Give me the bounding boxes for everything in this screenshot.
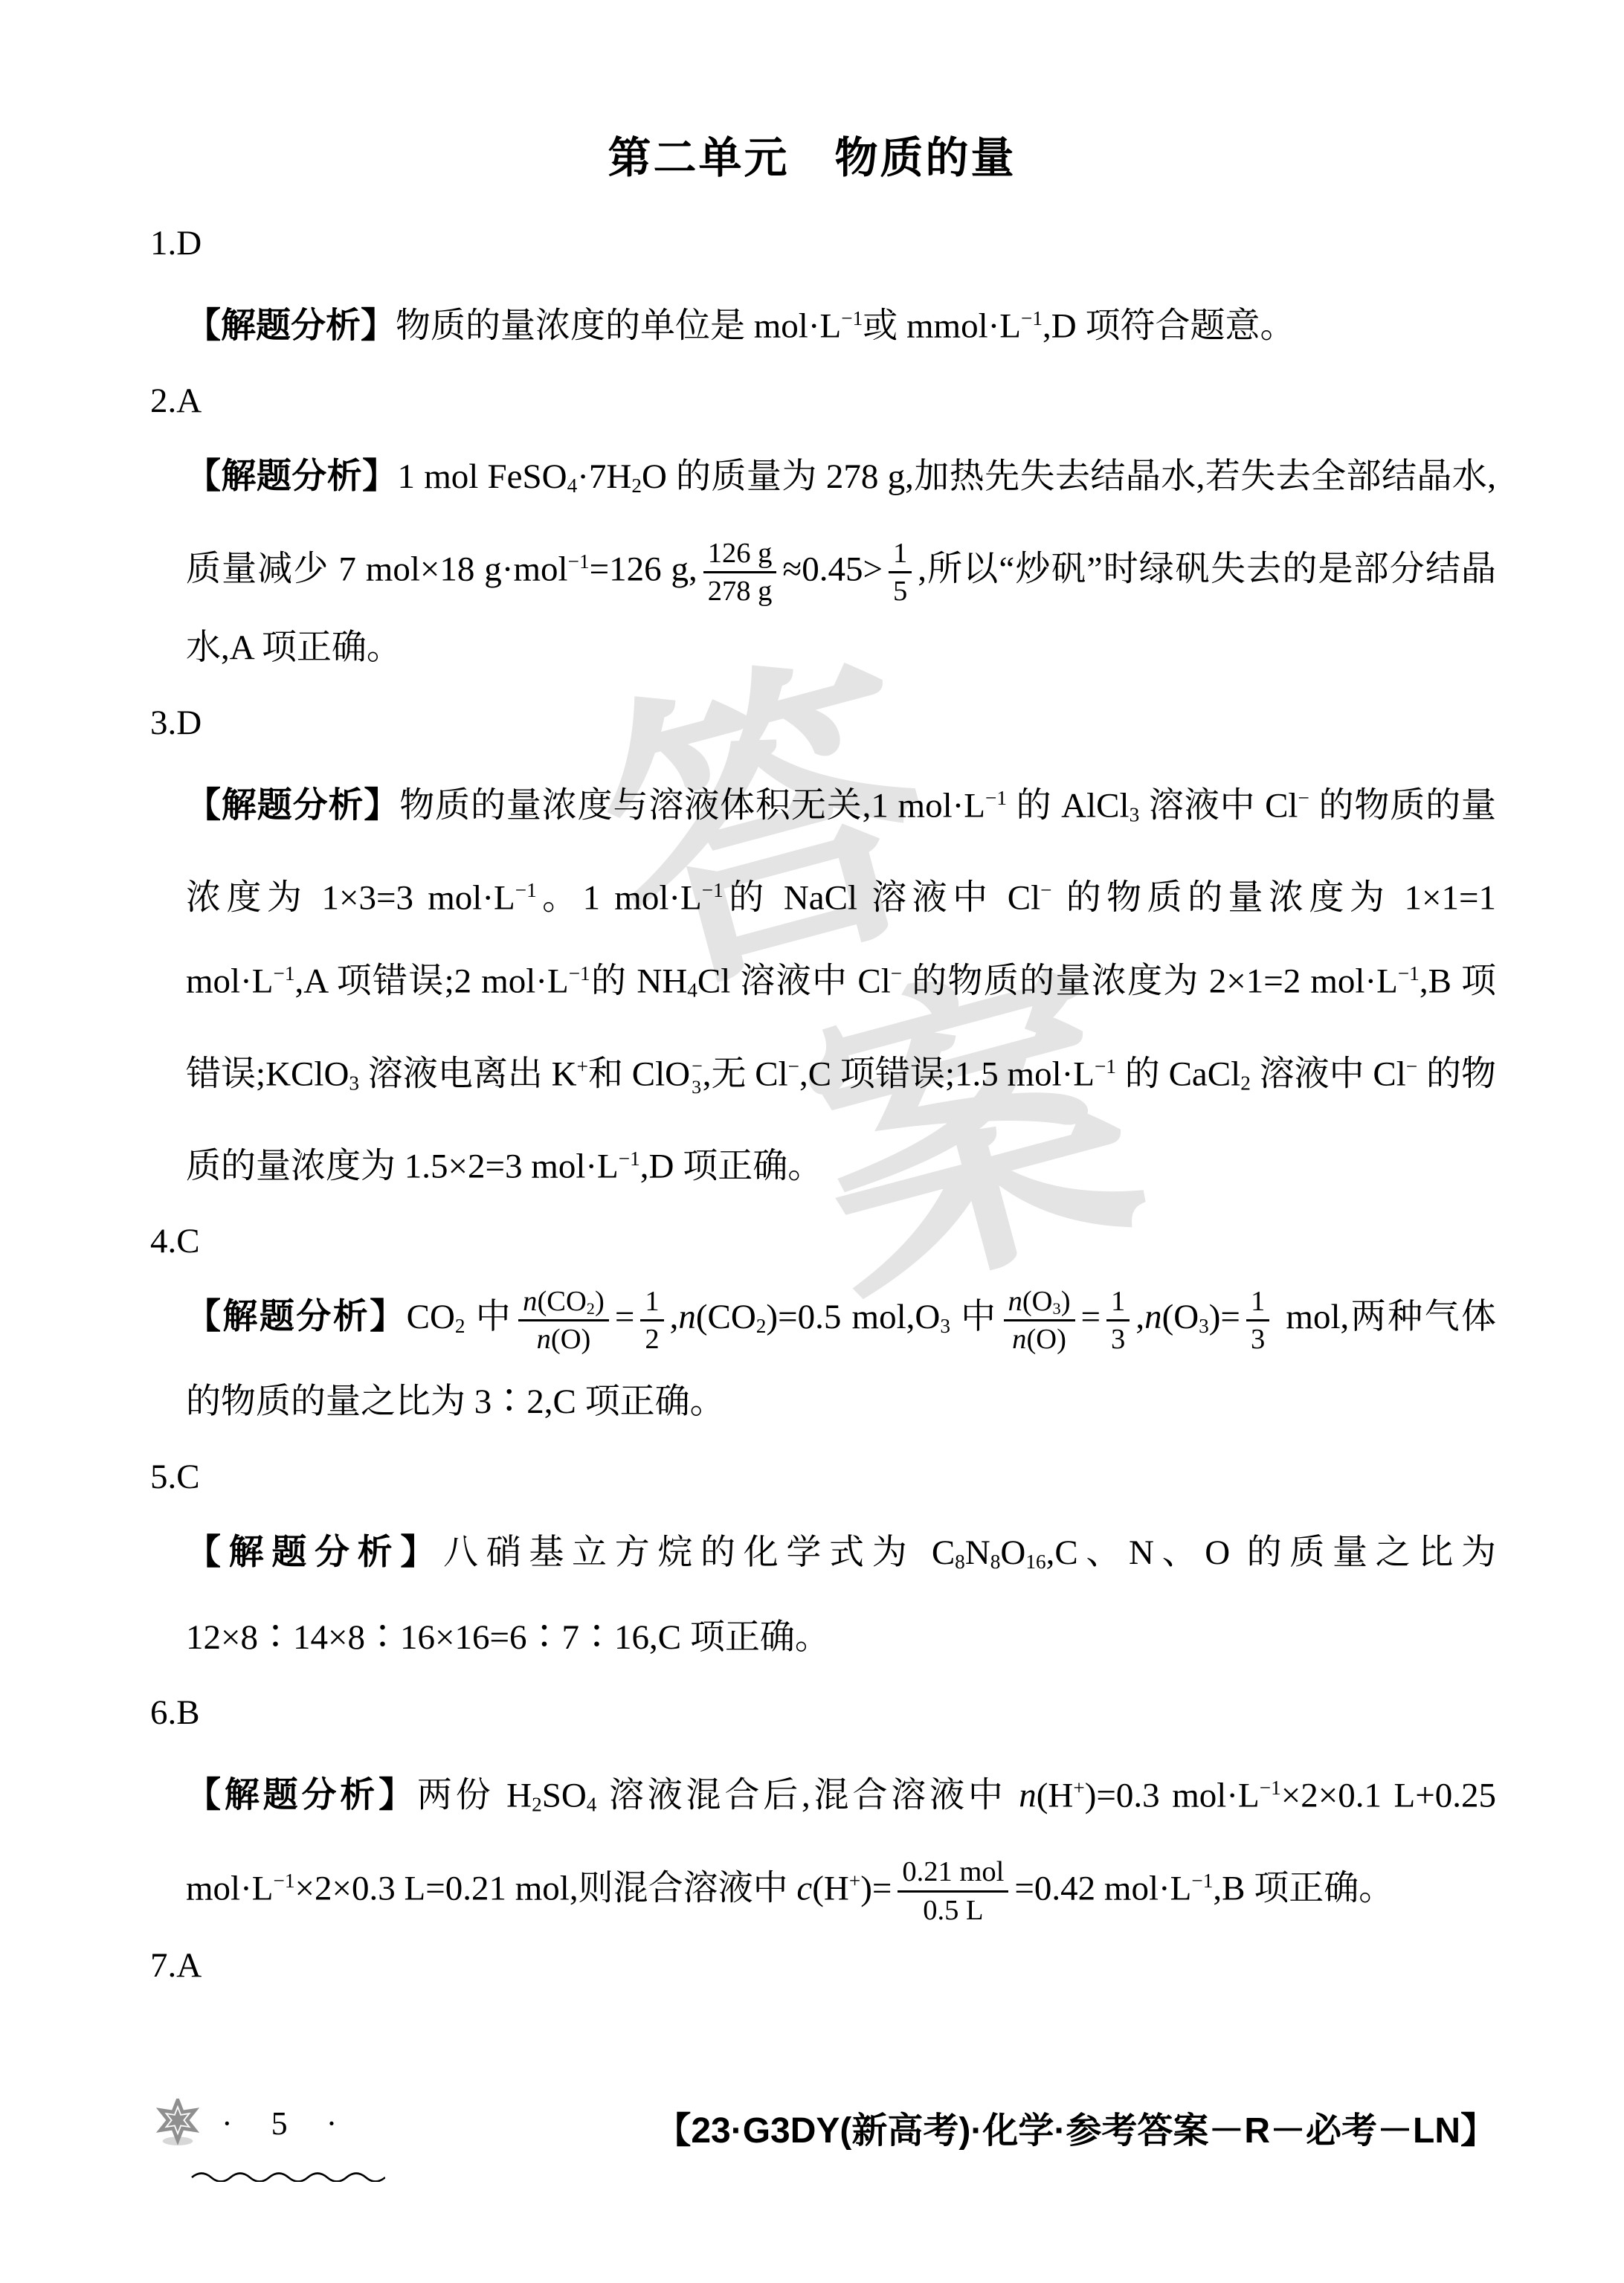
fraction-numerator: n(O3) <box>1004 1284 1075 1321</box>
text-segment: 物质的量浓度的单位是 mol·L <box>396 306 841 345</box>
text-segment: 物质的量浓度与溶液体积无关,1 mol·L <box>399 786 985 825</box>
superscript: + <box>849 1870 860 1892</box>
superscript: − <box>1406 1055 1417 1078</box>
answer-item: 4.C【解题分析】CO2 中n(CO2)n(O)=12,n(CO2)=0.5 m… <box>0 1204 1624 1440</box>
text-segment: 1 <box>1111 1286 1125 1317</box>
footer-edition-label: 【23·G3DY(新高考)·化学·参考答案－R－必考－LN】 <box>655 2102 1496 2153</box>
text-segment: = <box>1081 1298 1101 1336</box>
text-segment: 3 <box>1111 1324 1125 1355</box>
text-segment: 0.5 L <box>923 1895 983 1926</box>
subscript: 3 <box>940 1315 950 1337</box>
superscript: − <box>1298 787 1309 809</box>
content: 第二单元 物质的量 1.D【解题分析】物质的量浓度的单位是 mol·L−1或 m… <box>0 0 1624 2003</box>
page-number: · 5 · <box>222 2105 337 2142</box>
page-title: 第二单元 物质的量 <box>0 0 1624 185</box>
text-segment: 溶液中 Cl <box>1139 786 1298 825</box>
subscript: 2 <box>1240 1072 1251 1094</box>
text-segment: )= <box>1209 1298 1240 1336</box>
answer-number: 3.D <box>150 686 1624 760</box>
answer-number: 7.A <box>150 1928 1624 2003</box>
analysis-label: 【解题分析】 <box>186 456 398 495</box>
text-segment: )= <box>860 1869 892 1907</box>
text-segment: ≈0.45> <box>782 550 883 589</box>
analysis-paragraph: 【解题分析】物质的量浓度与溶液体积无关,1 mol·L−1 的 AlCl3 溶液… <box>186 760 1496 1205</box>
superscript: −1 <box>619 1147 640 1170</box>
text-segment: N <box>965 1533 990 1572</box>
superscript: −1 <box>985 787 1007 809</box>
wavy-line-decoration <box>190 2151 385 2190</box>
text-segment: ) <box>595 1286 605 1317</box>
text-segment: 的 AlCl <box>1007 786 1130 825</box>
text-segment: 的 NH <box>590 962 688 1001</box>
superscript: −1 <box>568 550 590 573</box>
text-segment: CO <box>407 1298 455 1336</box>
text-segment: (O <box>1162 1298 1199 1336</box>
text-segment: 八硝基立方烷的化学式为 C <box>443 1533 955 1572</box>
italic-variable: n <box>1019 1777 1037 1815</box>
stack-subscript: 3 <box>692 1077 703 1098</box>
subscript: 3 <box>1053 1299 1061 1318</box>
page-number-dot-right: · <box>326 2105 338 2142</box>
analysis-label: 【解题分析】 <box>186 1775 417 1815</box>
analysis-label: 【解题分析】 <box>186 305 396 344</box>
text-segment: Cl 溶液中 Cl <box>697 962 891 1001</box>
answer-item: 5.C【解题分析】八硝基立方烷的化学式为 C8N8O16,C、N、O 的质量之比… <box>0 1440 1624 1675</box>
text-segment: 的物质的量浓度为 2×1=2 mol·L <box>902 962 1398 1001</box>
fraction-denominator: n(O) <box>1004 1321 1075 1357</box>
fraction-numerator: 126 g <box>703 535 777 573</box>
answer-item: 3.D【解题分析】物质的量浓度与溶液体积无关,1 mol·L−1 的 AlCl3… <box>0 686 1624 1205</box>
analysis-paragraph: 【解题分析】CO2 中n(CO2)n(O)=12,n(CO2)=0.5 mol,… <box>186 1278 1496 1440</box>
page-footer: · 5 · 【23·G3DY(新高考)·化学·参考答案－R－必考－LN】 <box>0 2091 1624 2195</box>
superscript: − <box>1040 879 1051 901</box>
fraction-denominator: 0.5 L <box>898 1893 1008 1928</box>
text-segment: ,D 项正确。 <box>640 1147 822 1185</box>
text-segment: 的 CaCl <box>1116 1054 1240 1093</box>
page: 答案 第二单元 物质的量 1.D【解题分析】物质的量浓度的单位是 mol·L−1… <box>0 0 1624 2283</box>
text-segment: =126 g, <box>590 550 697 589</box>
text-segment: ×2×0.3 L=0.21 mol,则混合溶液中 <box>294 1869 796 1907</box>
text-segment: ,C 项错误;1.5 mol·L <box>799 1054 1095 1093</box>
subscript: 3 <box>349 1072 359 1094</box>
text-segment: (CO <box>537 1286 586 1317</box>
subscript: 2 <box>631 474 642 497</box>
subscript: 3 <box>1130 803 1140 825</box>
answer-item: 6.B【解题分析】两份 H2SO4 溶液混合后,混合溶液中 n(H+)=0.3 … <box>0 1675 1624 1928</box>
fraction-numerator: n(CO2) <box>518 1284 609 1321</box>
answer-number: 5.C <box>150 1440 1624 1514</box>
text-segment: ,B 项正确。 <box>1213 1869 1393 1907</box>
answer-number: 4.C <box>150 1204 1624 1278</box>
subscript: 8 <box>990 1551 1001 1573</box>
text-segment: = <box>615 1298 635 1336</box>
text-segment: 或 mmol·L <box>863 306 1021 345</box>
superscript: −1 <box>569 962 590 985</box>
text-segment: 3 <box>1251 1324 1265 1355</box>
fraction: 13 <box>1106 1284 1130 1357</box>
fraction-denominator: 5 <box>889 573 912 609</box>
italic-variable: n <box>1144 1298 1162 1336</box>
fraction-denominator: n(O) <box>518 1321 609 1357</box>
fraction: 126 g278 g <box>703 535 777 609</box>
text-segment: 中 <box>950 1298 998 1336</box>
text-segment: 的 NaCl 溶液中 Cl <box>724 878 1040 917</box>
subscript: 16 <box>1025 1551 1045 1573</box>
text-segment: 1 <box>893 538 907 569</box>
fraction-numerator: 0.21 mol <box>898 1854 1008 1892</box>
subscript: 2 <box>455 1315 465 1337</box>
answer-number: 6.B <box>150 1675 1624 1750</box>
fraction-numerator: 1 <box>640 1284 663 1321</box>
superscript: −1 <box>1021 307 1043 329</box>
text-segment: 0.21 mol <box>902 1856 1004 1887</box>
text-segment: 中 <box>465 1298 513 1336</box>
superscript: −1 <box>702 879 724 901</box>
superscript: −1 <box>841 307 863 329</box>
text-segment: SO <box>542 1777 587 1815</box>
text-segment: 1 <box>645 1286 659 1317</box>
superscript: + <box>577 1055 588 1078</box>
text-segment: , <box>1135 1298 1144 1336</box>
subscript: 2 <box>756 1315 767 1337</box>
italic-variable: n <box>1012 1324 1026 1355</box>
answer-number: 1.D <box>150 206 1624 280</box>
page-number-value: 5 <box>271 2105 288 2142</box>
fraction: 12 <box>640 1284 663 1357</box>
italic-variable: c <box>796 1869 812 1907</box>
analysis-paragraph: 【解题分析】1 mol FeSO4·7H2O 的质量为 278 g,加热先失去结… <box>186 438 1496 685</box>
italic-variable: n <box>523 1286 537 1317</box>
star-icon <box>156 2099 199 2154</box>
text-segment: )=0.5 mol,O <box>766 1298 940 1336</box>
superscript: −1 <box>1260 1777 1281 1799</box>
text-segment: (H <box>812 1869 849 1907</box>
fraction-denominator: 278 g <box>703 573 777 609</box>
text-segment: 两份 H <box>417 1777 532 1815</box>
subscript: 4 <box>687 979 697 1002</box>
fraction-numerator: 1 <box>1106 1284 1130 1321</box>
fraction-denominator: 2 <box>640 1321 663 1357</box>
analysis-label: 【解题分析】 <box>186 785 399 824</box>
text-segment: 2 <box>645 1324 659 1355</box>
text-segment: (O) <box>551 1324 591 1355</box>
subscript: 4 <box>587 1794 597 1816</box>
text-segment: ,无 Cl <box>703 1054 788 1093</box>
superscript: −1 <box>1095 1055 1116 1078</box>
subscript: 2 <box>587 1299 595 1318</box>
fraction-numerator: 1 <box>1246 1284 1269 1321</box>
text-segment: 1 <box>1251 1286 1265 1317</box>
text-segment: 和 ClO <box>588 1054 690 1093</box>
page-number-dot-left: · <box>222 2105 233 2142</box>
analysis-label: 【解题分析】 <box>186 1532 443 1571</box>
italic-variable: n <box>678 1298 696 1336</box>
text-segment: 。1 mol·L <box>537 878 702 917</box>
analysis-paragraph: 【解题分析】物质的量浓度的单位是 mol·L−1或 mmol·L−1,D 项符合… <box>186 280 1496 364</box>
analysis-paragraph: 【解题分析】两份 H2SO4 溶液混合后,混合溶液中 n(H+)=0.3 mol… <box>186 1750 1496 1928</box>
analysis-paragraph: 【解题分析】八硝基立方烷的化学式为 C8N8O16,C、N、O 的质量之比为 1… <box>186 1514 1496 1675</box>
superscript: − <box>891 962 902 985</box>
text-segment: (H <box>1037 1777 1074 1815</box>
italic-variable: n <box>537 1324 551 1355</box>
text-segment: 5 <box>893 576 907 607</box>
fraction: n(CO2)n(O) <box>518 1284 609 1357</box>
fraction-denominator: 3 <box>1246 1321 1269 1357</box>
answer-item: 1.D【解题分析】物质的量浓度的单位是 mol·L−1或 mmol·L−1,D … <box>0 206 1624 364</box>
text-segment: O <box>1000 1533 1025 1572</box>
answer-item: 7.A <box>0 1928 1624 2003</box>
superscript: −1 <box>1191 1870 1213 1892</box>
text-segment: (CO <box>696 1298 756 1336</box>
text-segment: 1 mol FeSO <box>398 457 567 496</box>
fraction: 0.21 mol0.5 L <box>898 1854 1008 1928</box>
text-segment: 278 g <box>708 576 773 607</box>
stack-superscript: − <box>692 1056 703 1077</box>
analysis-label: 【解题分析】 <box>186 1296 407 1336</box>
text-segment: 溶液混合后,混合溶液中 <box>596 1777 1019 1815</box>
text-segment: (O) <box>1026 1324 1066 1355</box>
subscript: 2 <box>532 1794 542 1816</box>
text-segment: )=0.3 mol·L <box>1085 1777 1260 1815</box>
italic-variable: n <box>1008 1286 1022 1317</box>
fraction: 13 <box>1246 1284 1269 1357</box>
text-segment: ) <box>1061 1286 1071 1317</box>
subscript: 3 <box>1199 1315 1209 1337</box>
answer-list: 1.D【解题分析】物质的量浓度的单位是 mol·L−1或 mmol·L−1,D … <box>0 206 1624 2003</box>
text-segment: ,D 项符合题意。 <box>1043 306 1295 345</box>
fraction-numerator: 1 <box>889 535 912 573</box>
superscript: −1 <box>273 962 294 985</box>
text-segment: ·7H <box>577 457 631 496</box>
fraction: 15 <box>889 535 912 609</box>
answer-number: 2.A <box>150 364 1624 438</box>
text-segment: , <box>670 1298 679 1336</box>
fraction-denominator: 3 <box>1106 1321 1130 1357</box>
sub-sup-stack: −3 <box>692 1056 703 1098</box>
superscript: − <box>788 1055 799 1078</box>
subscript: 4 <box>567 474 578 497</box>
superscript: + <box>1073 1777 1084 1799</box>
superscript: −1 <box>515 879 537 901</box>
superscript: −1 <box>1398 962 1420 985</box>
answer-item: 2.A【解题分析】1 mol FeSO4·7H2O 的质量为 278 g,加热先… <box>0 364 1624 685</box>
superscript: −1 <box>273 1870 294 1892</box>
fraction: n(O3)n(O) <box>1004 1284 1075 1357</box>
text-segment: =0.42 mol·L <box>1014 1869 1191 1907</box>
text-segment: (O <box>1022 1286 1053 1317</box>
text-segment: 溶液电离出 K <box>359 1054 577 1093</box>
subscript: 8 <box>955 1551 965 1573</box>
text-segment: 溶液中 Cl <box>1251 1054 1406 1093</box>
text-segment: 126 g <box>708 538 773 569</box>
text-segment: ,A 项错误;2 mol·L <box>294 962 568 1001</box>
